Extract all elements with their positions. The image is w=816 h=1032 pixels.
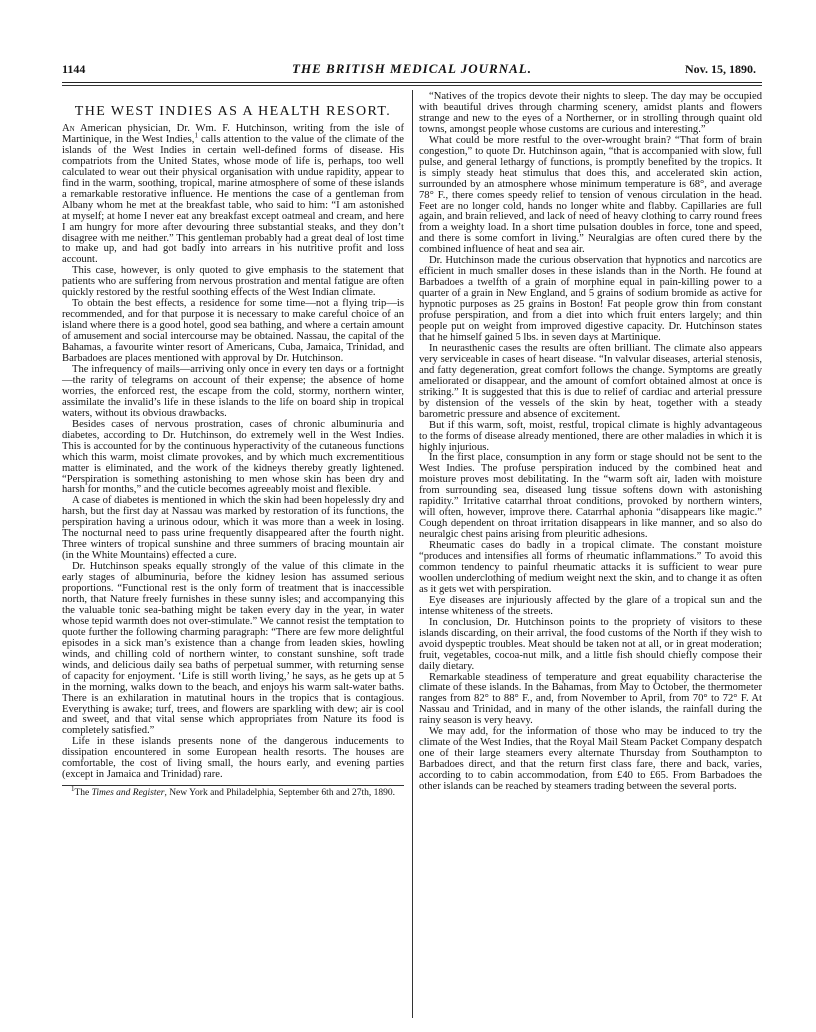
paragraph: Dr. Hutchinson speaks equally strongly o… <box>62 562 404 737</box>
paragraph: But if this warm, soft, moist, restful, … <box>419 421 762 454</box>
paragraph: “Natives of the tropics devote their nig… <box>419 92 762 136</box>
paragraph: Dr. Hutchinson made the curious observat… <box>419 256 762 344</box>
article-title: THE WEST INDIES AS A HEALTH RESORT. <box>62 104 404 119</box>
lead-word: An <box>62 123 75 134</box>
paragraph: Life in these islands presents none of t… <box>62 737 404 781</box>
issue-date: Nov. 15, 1890. <box>685 62 756 77</box>
left-column: THE WEST INDIES AS A HEALTH RESORT. An A… <box>62 92 404 799</box>
paragraph: What could be more restful to the over-w… <box>419 136 762 256</box>
footnote-prefix: The <box>74 788 91 798</box>
paragraph: Besides cases of nervous prostration, ca… <box>62 420 404 497</box>
journal-title: THE BRITISH MEDICAL JOURNAL. <box>62 61 762 77</box>
running-head: 1144 THE BRITISH MEDICAL JOURNAL. Nov. 1… <box>62 60 762 78</box>
journal-page: 1144 THE BRITISH MEDICAL JOURNAL. Nov. 1… <box>62 60 762 78</box>
column-divider <box>412 90 413 1018</box>
footnote: 1The Times and Register, New York and Ph… <box>62 788 404 799</box>
footnote-suffix: , New York and Philadelphia, September 6… <box>164 788 395 798</box>
paragraph: The infrequency of mails—arriving only o… <box>62 365 404 420</box>
paragraph: Rheumatic cases do badly in a tropical c… <box>419 541 762 596</box>
paragraph: In conclusion, Dr. Hutchinson points to … <box>419 618 762 673</box>
paragraph-text: calls attention to the value of the clim… <box>62 134 404 265</box>
footnote-source: Times and Register <box>92 788 165 798</box>
paragraph: In the first place, consumption in any f… <box>419 453 762 541</box>
paragraph: Eye diseases are injuriously affected by… <box>419 596 762 618</box>
paragraph: Remarkable steadiness of temperature and… <box>419 673 762 728</box>
header-rule <box>62 82 762 83</box>
header-rule-secondary <box>62 85 762 86</box>
paragraph: In neurasthenic cases the results are of… <box>419 344 762 421</box>
paragraph: This case, however, is only quoted to gi… <box>62 266 404 299</box>
right-column: “Natives of the tropics devote their nig… <box>419 92 762 793</box>
paragraph: An American physician, Dr. Wm. F. Hutchi… <box>62 124 404 266</box>
footnote-rule <box>62 785 404 786</box>
paragraph: We may add, for the information of those… <box>419 727 762 793</box>
paragraph: A case of diabetes is mentioned in which… <box>62 496 404 562</box>
paragraph: To obtain the best effects, a residence … <box>62 299 404 365</box>
